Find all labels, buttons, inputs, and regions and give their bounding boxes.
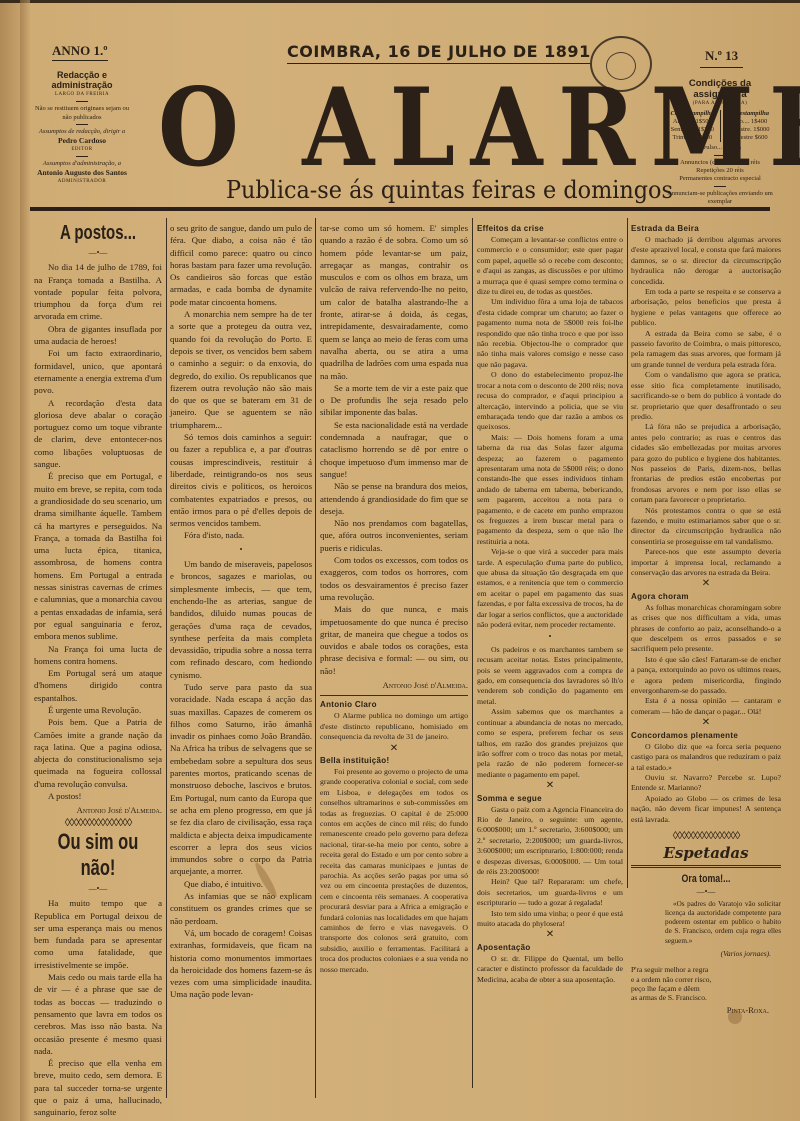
admin-name: Antonio Augusto dos Santos	[32, 168, 132, 177]
paragraph: Veja-se o que virá a succeder para mais …	[477, 547, 623, 630]
paragraph: Os padeiros e os marchantes tambem se re…	[477, 645, 623, 707]
subscription-box: Condições da assignatura (PARA ADIANTADA…	[665, 78, 775, 206]
paragraph: A estrada da Beira como se sabe, é o pas…	[631, 329, 781, 371]
cross-ornament: ✕	[320, 744, 468, 754]
with-stamp-header: Com estampilha	[665, 110, 720, 118]
paragraph: Isto tem sido uma vinha; o peor é que es…	[477, 909, 623, 930]
paragraph: Na França foi uma lucta de homens contra…	[34, 643, 162, 668]
paragraph: Só temos dois caminhos a seguir: ou faze…	[170, 431, 312, 529]
price-label: Semestre.	[726, 126, 751, 133]
masthead-tagline: Publica-se ás quintas feiras e domingos	[226, 176, 673, 204]
verse-line: P'ra seguir melhor a regra	[631, 965, 781, 974]
brief-title-antonio-claro: Antonio Claro	[320, 700, 468, 709]
brief-title-effeitos-da-crise: Effeitos da crise	[477, 224, 623, 233]
article-title-ou-sim: Ou sim ou não!	[50, 829, 146, 881]
divider	[631, 865, 781, 866]
divider	[76, 156, 88, 157]
subscription-subtitle: (PARA ADIANTADA)	[665, 100, 775, 108]
chain-ornament: ◊◊◊◊◊◊◊◊◊◊◊◊◊◊◊	[34, 817, 162, 829]
ornament-dot: —•—	[34, 247, 162, 259]
column-rule	[472, 218, 473, 1088]
paragraph: Pois bem. Que a Patria de Camões imite a…	[34, 716, 162, 790]
paragraph: Foi um facto extraordinario, formidavel,…	[34, 347, 162, 396]
paragraph: O Globo diz que «a forca seria pequeno c…	[631, 742, 781, 773]
paragraph: Em toda a parte se respeita e se conserv…	[631, 287, 781, 329]
column-5: Estrada da Beira O machado já derribou a…	[631, 222, 781, 1015]
brief-title-somma-e-segue: Somma e segue	[477, 794, 623, 803]
editorial-info-box: Redacção e administração LARGO DA FREIRI…	[32, 70, 132, 186]
ornament-dot: —•—	[631, 887, 781, 897]
paragraph: Gasta o paiz com a Agencia Financeira do…	[477, 805, 623, 878]
cross-ornament: ✕	[631, 579, 781, 589]
brief-title-estrada-da-beira: Estrada da Beira	[631, 224, 781, 233]
paragraph: O Alarme publica no domingo um artigo d'…	[320, 711, 468, 742]
paragraph: É preciso que em Portugal, e muito em br…	[34, 470, 162, 642]
divider	[714, 155, 726, 156]
editor-role: EDITOR	[32, 145, 132, 154]
paragraph: Que diabo, é intuitivo.	[170, 878, 312, 890]
paragraph: Um individuo fôra a uma loja de tabacos …	[477, 297, 623, 370]
poem-verse: P'ra seguir melhor a regra e a ordem não…	[631, 965, 781, 1003]
binding-shadow	[20, 0, 30, 1121]
section-title-espetadas: Espetadas	[631, 844, 781, 862]
poem-signature: Pinta-Roxa.	[631, 1005, 769, 1015]
article-title-apostos: A postos...	[50, 222, 146, 245]
paragraph: Mais do que nunca, e mais impetuosamente…	[320, 603, 468, 677]
paragraph: O machado já derribou algumas arvores d'…	[631, 235, 781, 287]
price-label: Anno....	[728, 118, 749, 125]
price-label: Trimestre	[728, 134, 753, 141]
price-value: 1$750	[698, 126, 714, 133]
cross-ornament: ✕	[631, 718, 781, 728]
chain-ornament: ◊◊◊◊◊◊◊◊◊◊◊◊◊◊◊	[631, 831, 781, 841]
price-row: Trimestre $600 Trimestre $600	[665, 134, 775, 142]
paragraph: Com o vandalismo que agora se pratica, e…	[631, 370, 781, 422]
ads-repeat-rate: Repetições 20 réis	[665, 167, 775, 175]
paragraph: Esta é a nossa opinião — cantaram e come…	[631, 696, 781, 717]
paragraph: Apoiado ao Globo — os crimes de lesa naç…	[631, 794, 781, 825]
divider	[76, 124, 88, 125]
ornament-dot: •	[170, 544, 312, 556]
paragraph: O dono do estabelecimento propoz-lhe tro…	[477, 370, 623, 432]
paragraph: As folhas monarchicas choramingam sobre …	[631, 603, 781, 655]
paragraph: Se esta nacionalidade está na verdade co…	[320, 419, 468, 480]
paragraph: Assim sabemos que os marchantes a contin…	[477, 707, 623, 780]
price-value: 1$400	[751, 118, 767, 125]
paragraph: A postos!	[34, 790, 162, 802]
paragraph: A recordação d'esta data gloriosa deve a…	[34, 397, 162, 471]
author-signature: Antonio José d'Almeida.	[320, 679, 468, 691]
paragraph: Em Portugal será um ataque d'homens diri…	[34, 667, 162, 704]
price-value: $600	[699, 134, 712, 141]
subscription-table: Com estampilha Sem estampilha Anno.... 1…	[665, 110, 775, 142]
paragraph: É preciso que ella venha em breve, muito…	[34, 1057, 162, 1118]
ornament-dot: •	[477, 632, 623, 642]
paragraph: Isto é que são cães! Fartaram-se de ench…	[631, 655, 781, 697]
ads-publications: Annunciam-se publicações enviando um exe…	[665, 190, 775, 206]
cross-ornament: ✕	[477, 781, 623, 791]
price-value: 1$500	[695, 118, 711, 125]
paragraph: Não se pense na brandura dos meios, atte…	[320, 480, 468, 517]
column-4: Effeitos da crise Começam a levantar-se …	[477, 222, 623, 985]
price-row: Semestre. 1$750 Semestre. 1$000	[665, 126, 775, 134]
paragraph: Obra de gigantes insuflada por uma audac…	[34, 323, 162, 348]
editor-name: Pedro Cardoso	[32, 136, 132, 145]
masthead-title: O ALARME	[158, 78, 575, 178]
column-rule	[627, 218, 628, 888]
price-label: Trimestre	[672, 134, 697, 141]
paragraph: Hein? Que tal? Repararam: um chefe, dois…	[477, 877, 623, 908]
paragraph: o seu grito de sangue, dando um pulo de …	[170, 222, 312, 308]
paragraph: É urgente uma Revolução.	[34, 704, 162, 716]
paragraph: No dia 14 de julho de 1789, foi na Franç…	[34, 261, 162, 322]
column-1: A postos... —•— No dia 14 de julho de 17…	[34, 222, 162, 1119]
paragraph: Parece-nos que este assumpto deveria imp…	[631, 547, 781, 578]
poem-title: Ora toma!...	[646, 873, 766, 885]
column-rule	[166, 218, 167, 1098]
brief-title-agora-choram: Agora choram	[631, 592, 781, 601]
subscription-title: Condições da assignatura	[665, 78, 775, 100]
column-2: o seu grito de sangue, dando um pulo de …	[170, 222, 312, 1001]
admin-role: ADMINISTRADOR	[32, 177, 132, 186]
paragraph: Vá, um bocado de coragem! Coisas extranh…	[170, 927, 312, 1001]
paragraph: Se a morte tem de vir a este paiz que o …	[320, 382, 468, 419]
divider	[714, 186, 726, 187]
paragraph: Não nos prendamos com bagatellas, que, a…	[320, 517, 468, 554]
manuscripts-note: Não se restituem originaes sejam ou não …	[32, 104, 132, 122]
paper-stain	[728, 1010, 742, 1024]
admin-line: Assumptos d'administração, a	[32, 159, 132, 168]
paragraph: A monarchia nem sempre ha de ter a sorte…	[170, 308, 312, 431]
paragraph: tar-se como um só homem. E' simples quan…	[320, 222, 468, 382]
paragraph: O sr. dr. Filippe do Quental, um bello c…	[477, 954, 623, 985]
verse-line: as armas de S. Francisco.	[631, 993, 781, 1002]
paragraph: Mais cedo ou mais tarde ella ha de vir —…	[34, 971, 162, 1057]
cross-ornament: ✕	[477, 930, 623, 940]
verse-line: e a ordem não correr risco,	[631, 975, 781, 984]
price-label: Anno....	[673, 118, 694, 125]
ads-permanent: Permanentes contracto especial	[665, 175, 775, 183]
redaction-line: Assumptos de redacção, dirigir a	[32, 127, 132, 136]
volume-label: ANNO 1.º	[52, 43, 108, 61]
divider	[76, 101, 88, 102]
paragraph: Foi presente ao governo o projecto de um…	[320, 767, 468, 975]
paragraph: As infamias que se não explicam constitu…	[170, 890, 312, 927]
price-value: 1$000	[753, 126, 769, 133]
price-row: Anno.... 1$500 Anno.... 1$400	[665, 118, 775, 126]
paragraph: Com todos os excessos, com todos os exag…	[320, 554, 468, 603]
paragraph: Mais: — Dois homens foram a uma taberna …	[477, 433, 623, 547]
paragraph: Fóra d'isto, nada.	[170, 529, 312, 541]
paragraph: Começam a levantar-se conflictos entre o…	[477, 235, 623, 297]
page-edge	[0, 0, 800, 3]
column-rule	[315, 218, 316, 1098]
column-3: tar-se como um só homem. E' simples quan…	[320, 222, 468, 975]
single-copy-price: Avulso... 30 réis	[665, 144, 775, 152]
divider	[631, 867, 781, 868]
ornament-dot: —•—	[34, 883, 162, 895]
author-signature: Antonio José d'Almeida.	[34, 804, 162, 816]
paragraph: Ha muito tempo que a Republica em Portug…	[34, 897, 162, 971]
brief-title-bella-instituicao: Bella instituição!	[320, 756, 468, 765]
price-value: $600	[755, 134, 768, 141]
verse-line: peço lhe façam e dêem	[631, 984, 781, 993]
office-address: LARGO DA FREIRIA	[32, 90, 132, 99]
brief-title-aposentacao: Aposentação	[477, 943, 623, 952]
price-label: Semestre.	[671, 126, 696, 133]
paragraph: Nós protestamos contra o que se está faz…	[631, 506, 781, 548]
divider	[320, 695, 468, 696]
paragraph: Tudo serve para pasto da sua voracidade.…	[170, 681, 312, 878]
dateline: COIMBRA, 16 DE JULHO DE 1891	[287, 42, 591, 64]
paragraph: Lá fóra não se prejudica a arborisação, …	[631, 422, 781, 505]
poem-epigraph: «Os padres do Varatojo vão solicitar lic…	[665, 900, 781, 946]
masthead-rule	[30, 207, 770, 211]
news-briefs: Antonio Claro O Alarme publica no doming…	[320, 700, 468, 975]
ads-rate: Annuncios (cada linha) 30 réis	[665, 159, 775, 167]
paragraph: Um bando de miseraveis, papelosos e bron…	[170, 558, 312, 681]
newspaper-page: ANNO 1.º COIMBRA, 16 DE JULHO DE 1891 N.…	[0, 0, 800, 1121]
epigraph-source: (Varios jornaes).	[631, 949, 771, 959]
brief-title-concordamos: Concordamos plenamente	[631, 731, 781, 740]
paragraph: Ouviu sr. Navarro? Percebe sr. Lupo? Ent…	[631, 773, 781, 794]
editorial-office-title: Redacção e administração	[32, 70, 132, 90]
without-stamp-header: Sem estampilha	[720, 110, 775, 118]
